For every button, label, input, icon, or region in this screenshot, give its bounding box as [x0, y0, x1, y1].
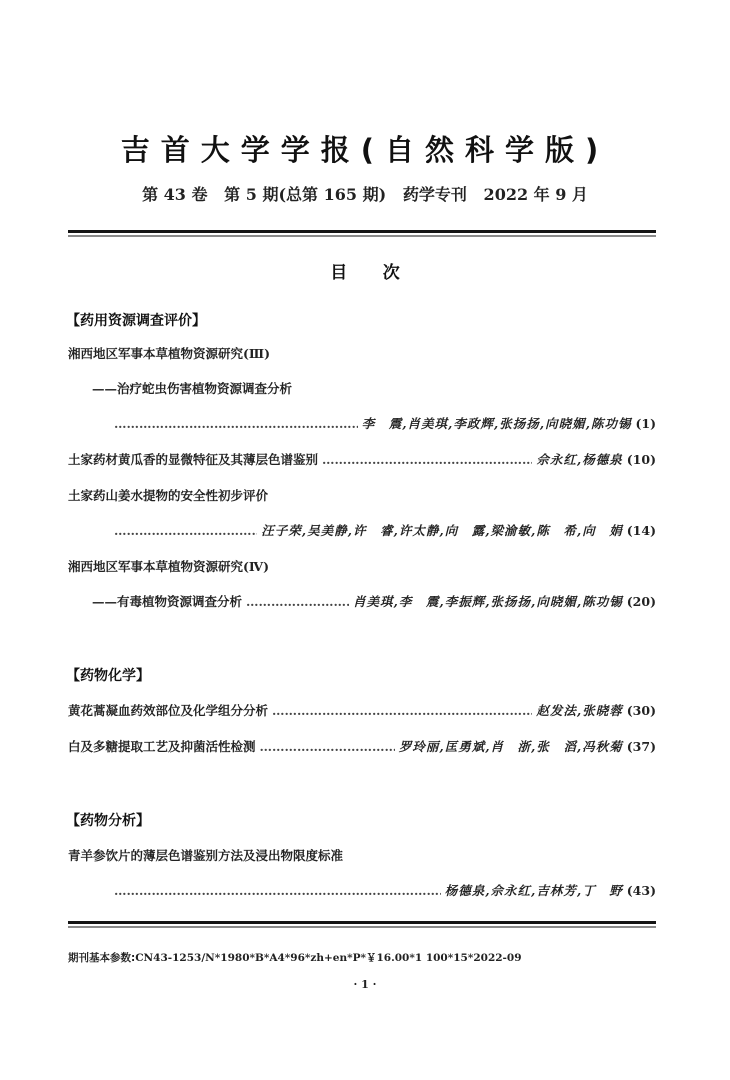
page-ref: (30): [627, 703, 656, 719]
article-title-text: 青羊参饮片的薄层色谱鉴别方法及浸出物限度标准: [68, 848, 343, 863]
rule-thick: [68, 921, 656, 924]
journal-parameters: 期刊基本参数:CN43-1253/N*1980*B*A4*96*zh+en*P*…: [68, 950, 522, 965]
article-subtitle-text: ——有毒植物资源调查分析: [92, 594, 242, 610]
page-number: · 1 ·: [0, 978, 730, 991]
section-label-chemistry: 【药物化学】: [66, 665, 150, 685]
article-subtitle: ——治疗蛇虫伤害植物资源调查分析: [68, 381, 680, 397]
article-authors: 汪子荣,吴美静,许 睿,许太静,向 露,梁渝敏,陈 希,向 娟: [261, 523, 622, 539]
section-label-analysis: 【药物分析】: [66, 810, 150, 830]
journal-title: 吉首大学学报(自然科学版): [0, 128, 730, 169]
article-title[interactable]: 湘西地区军事本草植物资源研究(Ⅲ): [68, 346, 656, 362]
article-entry[interactable]: 杨德泉,佘永红,吉林芳,丁 野 (43): [68, 883, 656, 899]
dot-leader: [260, 739, 395, 755]
article-title[interactable]: 湘西地区军事本草植物资源研究(Ⅳ): [68, 559, 656, 575]
article-entry[interactable]: 李 震,肖美琪,李政辉,张扬扬,向晓媚,陈功锡 (1): [68, 416, 656, 432]
article-authors: 杨德泉,佘永红,吉林芳,丁 野: [445, 883, 623, 899]
rule-thick: [68, 230, 656, 233]
article-title-text: 黄花蒿凝血药效部位及化学组分分析: [68, 703, 268, 719]
article-authors: 肖美琪,李 震,李振辉,张扬扬,向晓媚,陈功锡: [353, 594, 623, 610]
article-title-text: 土家药山姜水提物的安全性初步评价: [68, 488, 268, 503]
article-title-text: 湘西地区军事本草植物资源研究(Ⅲ): [68, 346, 270, 361]
rule-thin: [68, 926, 656, 928]
section-label-resources: 【药用资源调查评价】: [66, 310, 206, 330]
bottom-double-rule: [68, 921, 656, 928]
issue-line: 第 43 卷 第 5 期(总第 165 期) 药学专刊 2022 年 9 月: [0, 182, 730, 205]
dot-leader: [322, 452, 532, 468]
top-double-rule: [68, 230, 656, 237]
page-ref: (14): [627, 523, 656, 539]
article-entry[interactable]: 土家药材黄瓜香的显微特征及其薄层色谱鉴别 佘永红,杨德泉 (10): [68, 452, 656, 468]
article-title-text: 白及多糖提取工艺及抑菌活性检测: [68, 739, 256, 755]
article-entry[interactable]: 黄花蒿凝血药效部位及化学组分分析 赵发法,张晓蓉 (30): [68, 703, 656, 719]
dot-leader: [272, 703, 532, 719]
dot-leader: [114, 883, 441, 899]
page-ref: (1): [635, 416, 656, 432]
page-ref: (10): [627, 452, 656, 468]
rule-thin: [68, 235, 656, 237]
journal-parameters-value: CN43-1253/N*1980*B*A4*96*zh+en*P*￥16.00*…: [135, 952, 521, 964]
dot-leader: [114, 416, 358, 432]
article-title[interactable]: 青羊参饮片的薄层色谱鉴别方法及浸出物限度标准: [68, 848, 656, 864]
article-authors: 佘永红,杨德泉: [536, 452, 622, 468]
article-entry[interactable]: 汪子荣,吴美静,许 睿,许太静,向 露,梁渝敏,陈 希,向 娟 (14): [68, 523, 656, 539]
article-authors: 罗玲丽,匡勇斌,肖 浙,张 滔,冯秋菊: [399, 739, 623, 755]
article-title[interactable]: 土家药山姜水提物的安全性初步评价: [68, 488, 656, 504]
article-title-text: 土家药材黄瓜香的显微特征及其薄层色谱鉴别: [68, 452, 318, 468]
article-subtitle-text: ——治疗蛇虫伤害植物资源调查分析: [92, 381, 292, 396]
dot-leader: [114, 523, 257, 539]
article-authors: 李 震,肖美琪,李政辉,张扬扬,向晓媚,陈功锡: [362, 416, 632, 432]
article-title-text: 湘西地区军事本草植物资源研究(Ⅳ): [68, 559, 269, 574]
page-ref: (43): [627, 883, 656, 899]
article-entry[interactable]: 白及多糖提取工艺及抑菌活性检测 罗玲丽,匡勇斌,肖 浙,张 滔,冯秋菊 (37): [68, 739, 656, 755]
page-ref: (20): [627, 594, 656, 610]
toc-heading: 目 次: [0, 258, 730, 283]
page-ref: (37): [627, 739, 656, 755]
dot-leader: [246, 594, 349, 610]
article-authors: 赵发法,张晓蓉: [536, 703, 622, 719]
article-entry[interactable]: ——有毒植物资源调查分析 肖美琪,李 震,李振辉,张扬扬,向晓媚,陈功锡 (20…: [68, 594, 656, 610]
journal-parameters-label: 期刊基本参数:: [68, 952, 135, 964]
